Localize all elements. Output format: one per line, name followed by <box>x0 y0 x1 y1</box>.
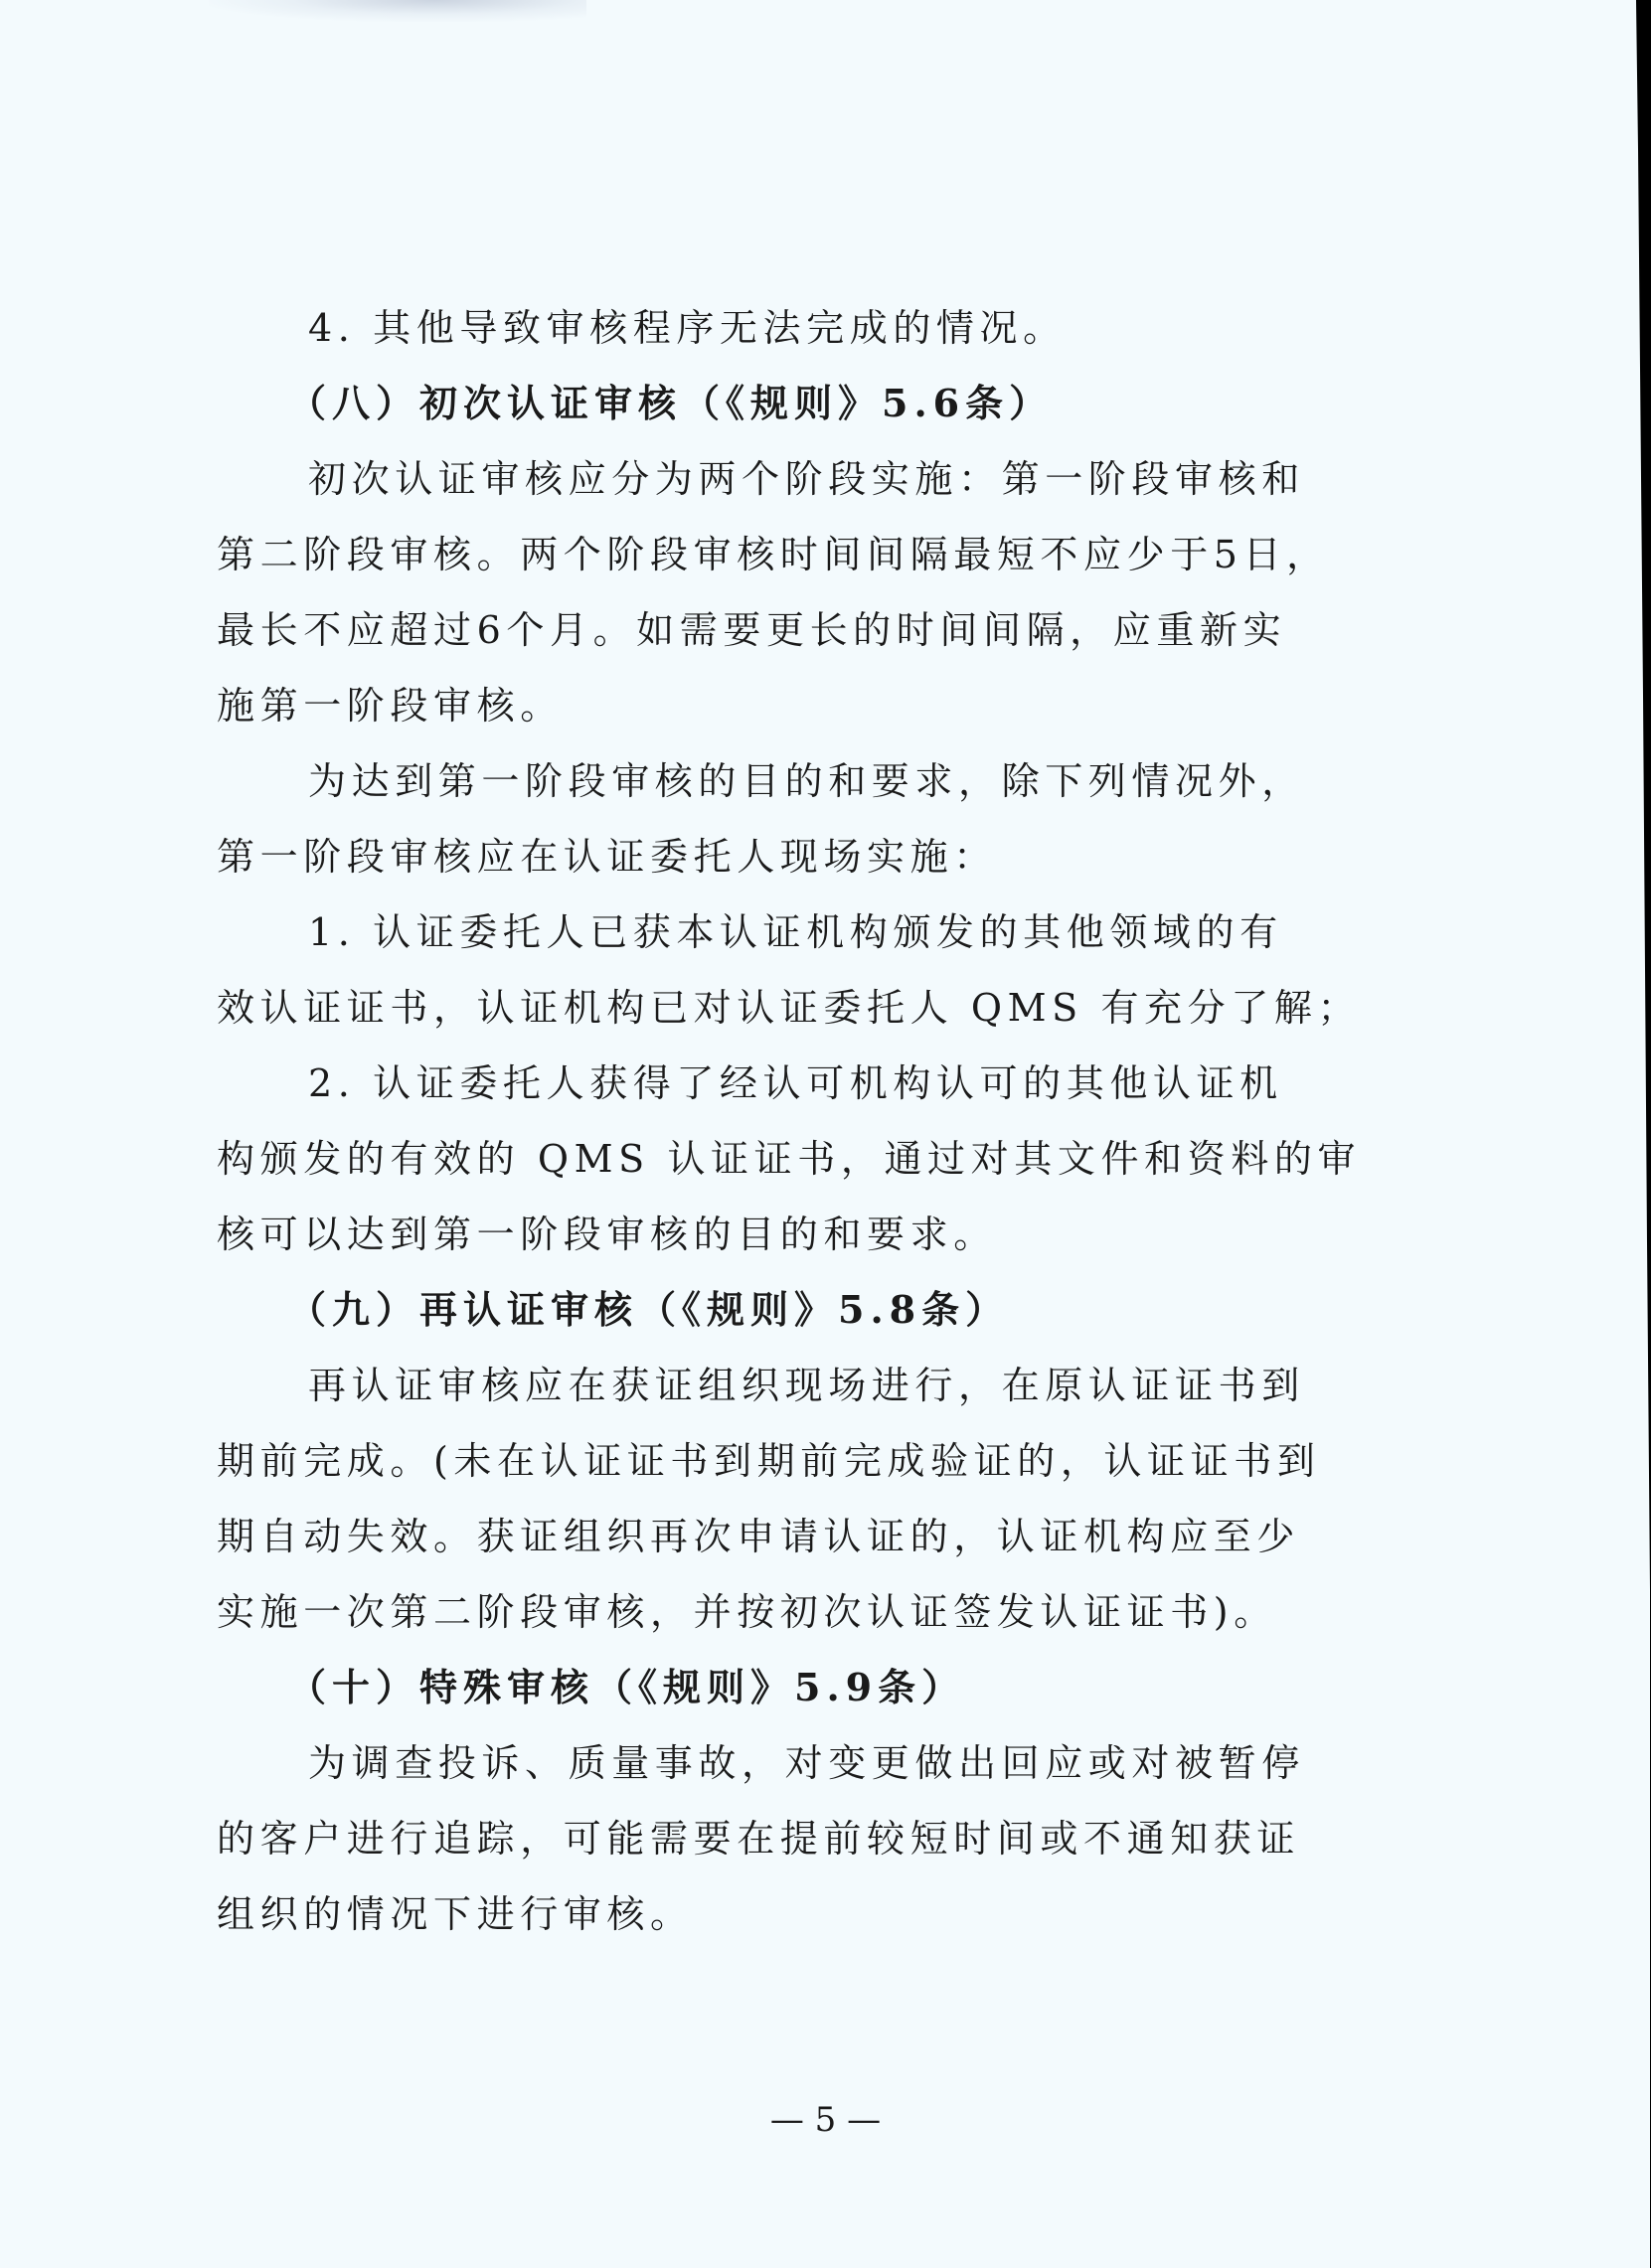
section-heading: （九）再认证审核（《规则》5.8条） <box>217 1272 1439 1348</box>
text-line: 第一阶段审核应在认证委托人现场实施： <box>217 819 1439 894</box>
text-line: 实施一次第二阶段审核，并按初次认证签发认证证书)。 <box>217 1574 1439 1650</box>
text-line: 期前完成。(未在认证证书到期前完成验证的，认证证书到 <box>217 1423 1439 1499</box>
text-line: 2. 认证委托人获得了经认可机构认可的其他认证机 <box>217 1046 1439 1121</box>
text-line: 期自动失效。获证组织再次申请认证的，认证机构应至少 <box>217 1499 1439 1574</box>
para-initial-audit-stages: 初次认证审核应分为两个阶段实施：第一阶段审核和 第二阶段审核。两个阶段审核时间间… <box>217 441 1439 743</box>
item-1-existing-certificate: 1. 认证委托人已获本认证机构颁发的其他领域的有 效认证证书，认证机构已对认证委… <box>217 894 1439 1046</box>
text-line: 为达到第一阶段审核的目的和要求，除下列情况外， <box>217 743 1439 819</box>
para-recertification: 再认证审核应在获证组织现场进行，在原认证证书到 期前完成。(未在认证证书到期前完… <box>217 1348 1439 1650</box>
heading-9-recertification-audit: （九）再认证审核（《规则》5.8条） <box>217 1272 1439 1348</box>
section-heading: （八）初次认证审核（《规则》5.6条） <box>217 366 1439 441</box>
text-line: 的客户进行追踪，可能需要在提前较短时间或不通知获证 <box>217 1801 1439 1876</box>
document-page: 4. 其他导致审核程序无法完成的情况。 （八）初次认证审核（《规则》5.6条） … <box>217 290 1439 1952</box>
text-line: 4. 其他导致审核程序无法完成的情况。 <box>217 290 1439 366</box>
text-line: 再认证审核应在获证组织现场进行，在原认证证书到 <box>217 1348 1439 1423</box>
scan-edge-shadow <box>1635 0 1651 2268</box>
text-line: 核可以达到第一阶段审核的目的和要求。 <box>217 1197 1439 1272</box>
item-2-other-body-certificate: 2. 认证委托人获得了经认可机构认可的其他认证机 构颁发的有效的 QMS 认证证… <box>217 1046 1439 1272</box>
text-line: 1. 认证委托人已获本认证机构颁发的其他领域的有 <box>217 894 1439 970</box>
text-line: 构颁发的有效的 QMS 认证证书，通过对其文件和资料的审 <box>217 1121 1439 1197</box>
heading-8-initial-certification-audit: （八）初次认证审核（《规则》5.6条） <box>217 366 1439 441</box>
text-line: 初次认证审核应分为两个阶段实施：第一阶段审核和 <box>217 441 1439 517</box>
item-4-other-situations: 4. 其他导致审核程序无法完成的情况。 <box>217 290 1439 366</box>
page-number: — 5 — <box>0 2100 1651 2140</box>
text-line: 施第一阶段审核。 <box>217 668 1439 743</box>
text-line: 最长不应超过6个月。如需要更长的时间间隔，应重新实 <box>217 592 1439 668</box>
text-line: 组织的情况下进行审核。 <box>217 1876 1439 1952</box>
para-stage-one-onsite: 为达到第一阶段审核的目的和要求，除下列情况外， 第一阶段审核应在认证委托人现场实… <box>217 743 1439 894</box>
text-line: 效认证证书，认证机构已对认证委托人 QMS 有充分了解； <box>217 970 1439 1046</box>
para-special-audit: 为调查投诉、质量事故，对变更做出回应或对被暂停 的客户进行追踪，可能需要在提前较… <box>217 1725 1439 1952</box>
heading-10-special-audit: （十）特殊审核（《规则》5.9条） <box>217 1650 1439 1725</box>
text-line: 第二阶段审核。两个阶段审核时间间隔最短不应少于5日， <box>217 517 1439 592</box>
scan-smudge <box>209 0 586 22</box>
text-line: 为调查投诉、质量事故，对变更做出回应或对被暂停 <box>217 1725 1439 1801</box>
section-heading: （十）特殊审核（《规则》5.9条） <box>217 1650 1439 1725</box>
